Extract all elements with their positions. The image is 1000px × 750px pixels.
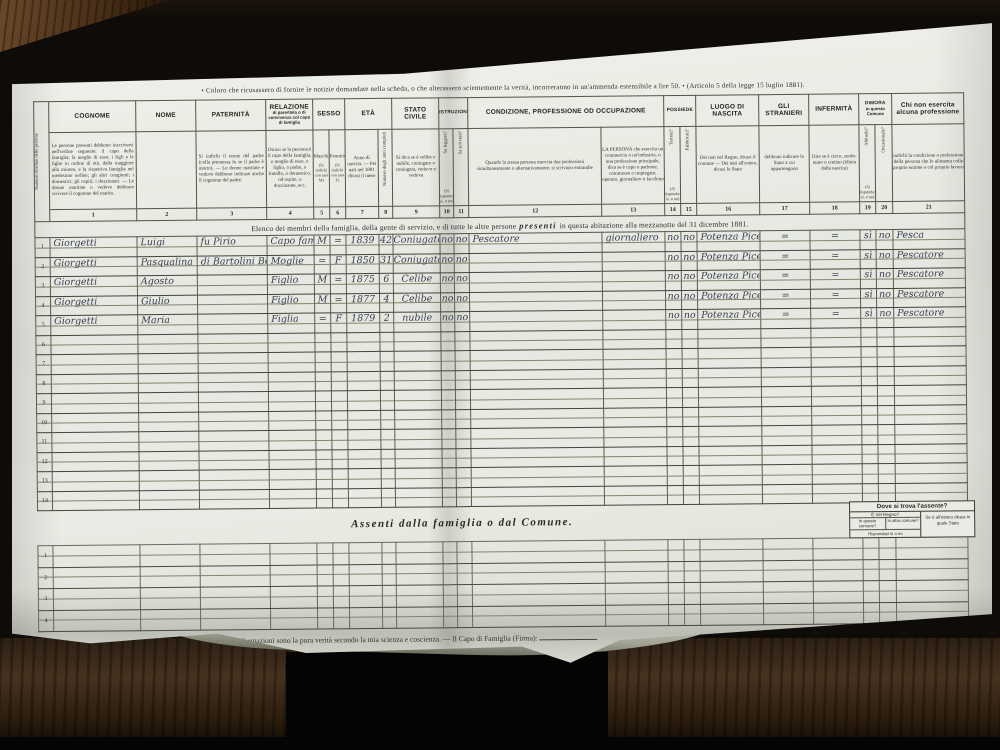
cell-paternita: [198, 352, 268, 372]
cell-nome: [140, 587, 200, 609]
cell-stranieri: =: [760, 230, 810, 250]
cell-anno: [347, 351, 380, 371]
cell-qualita: [605, 540, 668, 562]
desc-fabbricati: Fabbricati?: [680, 126, 697, 203]
absent-box-risponda: Rispondasi sì o no: [850, 530, 920, 538]
cell-m: =: [315, 313, 331, 333]
cell-occasionale: [878, 424, 895, 444]
desc-cognome: Le persone presenti debbono inscriversi …: [49, 132, 137, 210]
cell-fabbricati: [682, 348, 698, 368]
col-cognome: COGNOME: [49, 101, 136, 133]
cell-abituale: [861, 366, 877, 386]
cell-nome: [140, 566, 200, 588]
cell-chi: [894, 346, 966, 366]
cell-paternita: [199, 411, 269, 431]
cell-anno: [347, 390, 380, 410]
cell-anno: 1877: [346, 293, 379, 313]
cell-relazione: [269, 469, 316, 489]
cell-cognome: Giorgetti: [50, 256, 137, 276]
cell-scrive: no: [454, 253, 469, 273]
cell-scrive: no: [454, 273, 469, 293]
cell-stranieri: [761, 386, 811, 406]
cell-anni: [380, 351, 394, 371]
cell-qualita: [604, 427, 667, 447]
cell-relazione: [268, 391, 315, 411]
cell-anni: 2: [380, 312, 394, 332]
cell-nome: [139, 451, 199, 471]
cell-anni: 6: [379, 273, 393, 293]
cell-professione: [472, 562, 605, 585]
cell-stranieri: [762, 464, 812, 484]
colnum: 5: [314, 207, 330, 219]
cell-scrive: no: [454, 234, 469, 254]
cell-anno: [349, 585, 382, 607]
cell-m: [315, 332, 331, 352]
cell-cognome: Giorgetti: [50, 276, 137, 296]
cell-abituale: sì: [861, 288, 877, 308]
cell-f: [331, 352, 347, 372]
cell-stranieri: [761, 328, 811, 348]
cell-legge: [442, 448, 456, 468]
cell-chi: [895, 443, 967, 463]
cell-terreni: [666, 349, 682, 369]
row-number: 4: [39, 610, 54, 632]
cell-professione: [470, 310, 603, 331]
cell-chi: [895, 404, 967, 424]
cell-terreni: no: [665, 271, 681, 291]
cell-infermita: [811, 347, 861, 367]
cell-legge: [441, 370, 455, 390]
cell-anni: 4: [379, 293, 393, 313]
cell-professione: [471, 486, 604, 507]
cell-scrive: [455, 351, 470, 371]
cell-occasionale: [877, 327, 894, 347]
colnum: 16: [697, 203, 760, 216]
cell-fabbricati: [682, 368, 698, 388]
cell-occasionale: [879, 580, 896, 602]
cell-anno: [348, 468, 381, 488]
desc-la-persona: LA PERSONA che esercita un commercio o u…: [601, 127, 665, 205]
cell-fabbricati: [683, 426, 699, 446]
cell-chi: Pescatore: [894, 287, 966, 307]
cell-chi: Pescatore: [894, 307, 966, 327]
cell-relazione: [268, 372, 315, 392]
cell-infermita: [812, 444, 862, 464]
desc-anni-compiuti: Numero degli anni compiuti: [378, 129, 393, 206]
cell-nome: [138, 353, 198, 373]
cell-infermita: [813, 538, 863, 560]
col-relazione: RELAZIONEdi parentela o di convivenza co…: [266, 99, 313, 130]
cell-nome: [138, 373, 198, 393]
cell-infermita: =: [811, 308, 861, 328]
cell-nome: [138, 334, 198, 354]
cell-relazione: Figlia: [268, 313, 315, 333]
cell-scrive: [457, 606, 472, 628]
cell-anni: [381, 468, 395, 488]
cell-stato: [396, 606, 443, 628]
cell-abituale: sì: [861, 308, 877, 328]
cell-infermita: [812, 483, 862, 503]
cell-relazione: Moglie: [267, 255, 314, 275]
absent-rows: 1234: [38, 537, 969, 632]
cell-legge: [442, 468, 456, 488]
cell-chi: [896, 558, 968, 580]
cell-fabbricati: [683, 446, 699, 466]
cell-scrive: [455, 331, 470, 351]
cell-m: [315, 352, 331, 372]
cell-professione: [469, 271, 602, 292]
cell-legge: no: [441, 312, 455, 332]
cell-nascita: Potenza Picena: [697, 270, 760, 290]
cell-nome: [138, 392, 198, 412]
row-number: 1: [35, 238, 50, 258]
row-number: 1: [38, 546, 53, 568]
row-number: 3: [38, 589, 53, 611]
cell-nome: [141, 609, 201, 631]
cell-abituale: [861, 327, 877, 347]
cell-occasionale: [878, 444, 895, 464]
cell-nome: Giulio: [137, 295, 197, 315]
cell-stranieri: [762, 445, 812, 465]
cell-paternita: [197, 274, 267, 294]
form-content: • Coloro che ricusassero di fornire le n…: [28, 79, 983, 647]
cell-legge: no: [440, 234, 454, 254]
cell-qualita: [603, 388, 666, 408]
colnum: 10: [440, 206, 454, 218]
cell-terreni: [668, 604, 684, 626]
cell-anno: 1850: [346, 254, 379, 274]
cell-stranieri: =: [760, 269, 810, 289]
cell-qualita: [602, 271, 665, 291]
cell-abituale: sì: [860, 230, 876, 250]
cell-cognome: [51, 373, 138, 393]
cell-m: [315, 391, 331, 411]
cell-m: [316, 469, 332, 489]
cell-fabbricati: no: [681, 251, 697, 271]
cell-legge: [442, 429, 456, 449]
cell-anno: [349, 607, 382, 629]
cell-chi: [895, 424, 967, 444]
cell-abituale: [863, 581, 879, 603]
cell-nome: [139, 431, 199, 451]
shadow-under-paper: [286, 652, 608, 750]
col-eta: ETÀ: [345, 98, 392, 129]
cell-occasionale: [878, 405, 895, 425]
cell-infermita: [813, 602, 863, 624]
cell-legge: [441, 331, 455, 351]
cell-cognome: [52, 432, 139, 452]
cell-anni: [382, 564, 396, 586]
cell-relazione: Figlio: [267, 294, 314, 314]
cell-occasionale: [877, 366, 894, 386]
cell-cognome: [51, 354, 138, 374]
cell-infermita: [812, 405, 862, 425]
colnum: 21: [893, 201, 965, 214]
cell-terreni: [666, 388, 682, 408]
col-istruzione: ISTRUZIONE: [439, 98, 468, 129]
cell-qualita: giornaliero: [602, 232, 665, 252]
cell-anno: 1839: [346, 234, 379, 254]
cell-fabbricati: [684, 561, 700, 583]
cell-terreni: [667, 466, 683, 486]
absent-table: 1234: [37, 536, 969, 632]
cell-occasionale: [878, 483, 895, 503]
cell-scrive: [456, 448, 471, 468]
cell-qualita: [602, 251, 665, 271]
cell-nome: [139, 490, 199, 510]
cell-relazione: [269, 430, 316, 450]
cell-stato: [395, 409, 442, 429]
cell-stranieri: [762, 484, 812, 504]
cell-stranieri: =: [760, 250, 810, 270]
desc-paternita: Si indichi il nome del padre (colla prem…: [196, 131, 267, 209]
cell-nascita: [699, 445, 762, 465]
desc-due-professioni: Quando la stessa persona esercita due pr…: [468, 127, 602, 205]
cell-occasionale: [877, 346, 894, 366]
cell-scrive: [455, 370, 470, 390]
row-number: 12: [37, 452, 52, 472]
desc-dimora-abituale: Abituale?(Si risponda: sì, o no): [859, 125, 876, 202]
colnum: 3: [197, 208, 267, 221]
colnum: 14: [665, 204, 681, 216]
col-condizione: CONDIZIONE, PROFESSIONE OD OCCUPAZIONE: [468, 96, 664, 129]
photo-bottom-edge: [0, 737, 1000, 750]
desc-luogo-nascita: Dei nati nel Regno, dicasi il comune — D…: [696, 126, 760, 204]
row-number: 11: [37, 433, 52, 453]
cell-infermita: [811, 327, 861, 347]
cell-cognome: [53, 545, 140, 567]
cell-scrive: [456, 487, 471, 507]
cell-abituale: [863, 559, 879, 581]
cell-m: [315, 371, 331, 391]
cell-anni: 42: [379, 234, 393, 254]
cell-professione: [471, 447, 604, 468]
col-chi-non-esercita: Chi non esercita alcuna professione: [892, 93, 964, 125]
cell-paternita: [199, 430, 269, 450]
cell-nascita: [698, 367, 761, 387]
cell-abituale: [863, 538, 879, 560]
cell-professione: [470, 349, 603, 370]
cell-legge: [443, 542, 457, 564]
colnum: 6: [330, 207, 346, 219]
cell-m: M: [314, 274, 330, 294]
cell-nascita: [699, 406, 762, 426]
cell-f: [331, 371, 347, 391]
cell-stranieri: [763, 603, 813, 625]
cell-abituale: [861, 386, 877, 406]
cell-m: [316, 430, 332, 450]
cell-occasionale: [877, 385, 894, 405]
cell-infermita: =: [810, 230, 860, 250]
cell-occasionale: [879, 537, 896, 559]
cell-anni: [381, 429, 395, 449]
cell-paternita: [199, 489, 269, 509]
cell-nascita: Potenza Picena: [697, 231, 760, 251]
cell-scrive: [457, 585, 472, 607]
cell-paternita: di Bartolini Bened.o: [197, 255, 267, 275]
colnum: 13: [602, 204, 665, 217]
cell-relazione: Capo famiglia: [267, 235, 314, 255]
col-sesso: SESSO: [313, 99, 345, 130]
desc-sa-scrivere: Sa scrivere?: [453, 129, 469, 206]
cell-anno: 1879: [347, 312, 380, 332]
wood-corner: [0, 0, 170, 52]
colnum: 20: [876, 201, 893, 213]
cell-stato: [395, 487, 442, 507]
colnum: 7: [346, 206, 379, 218]
cell-f: [332, 430, 348, 450]
cell-nome: Maria: [138, 314, 198, 334]
colnum: 8: [379, 206, 393, 218]
cell-f: =: [330, 293, 346, 313]
row-number: 2: [38, 567, 53, 589]
cell-qualita: [605, 583, 668, 605]
cell-relazione: [269, 489, 316, 509]
cell-nascita: Potenza Picena: [697, 250, 760, 270]
absent-heading: Assenti dalla famiglia o dal Comune.: [37, 513, 887, 533]
cell-nascita: [700, 582, 763, 604]
cell-chi: [894, 385, 966, 405]
cell-stranieri: [762, 406, 812, 426]
cell-f: =: [330, 274, 346, 294]
cell-professione: [470, 388, 603, 409]
cell-scrive: [456, 409, 471, 429]
cell-qualita: [603, 329, 666, 349]
cell-stato: Celibe: [393, 292, 440, 312]
cell-infermita: =: [810, 269, 860, 289]
cell-cognome: [52, 451, 139, 471]
cell-terreni: [668, 583, 684, 605]
cell-professione: [472, 605, 605, 628]
cell-nascita: [700, 539, 763, 561]
desc-maschile: Maschile(Si indichi con una M): [313, 130, 330, 207]
cell-m: [316, 410, 332, 430]
cell-fabbricati: [682, 329, 698, 349]
col-stranieri: GLI STRANIERI: [759, 94, 809, 125]
cell-cognome: [51, 393, 138, 413]
cell-stato: nubile: [394, 312, 441, 332]
row-number: 2: [35, 257, 50, 277]
colnum: 19: [860, 202, 876, 214]
cell-anni: [380, 390, 394, 410]
cell-anno: [347, 371, 380, 391]
cell-cognome: Giorgetti: [51, 315, 138, 335]
cell-chi: Pescatore: [893, 248, 965, 268]
cell-f: [331, 332, 347, 352]
cell-anno: 1875: [346, 273, 379, 293]
cell-legge: [443, 606, 457, 628]
cell-stranieri: [762, 425, 812, 445]
cell-m: [317, 543, 333, 565]
row-number: 8: [36, 374, 51, 394]
cell-anni: [381, 449, 395, 469]
cell-scrive: [457, 542, 472, 564]
cell-anni: [381, 488, 395, 508]
header-descriptions: Le persone presenti debbono inscriversi …: [34, 124, 965, 210]
desc-terreni: Terreni?(Si risponda: sì, o no): [664, 127, 681, 204]
cell-nome: Agosto: [137, 275, 197, 295]
cell-fabbricati: [683, 485, 699, 505]
cell-abituale: sì: [860, 249, 876, 269]
cell-infermita: =: [811, 288, 861, 308]
cell-infermita: [813, 581, 863, 603]
cell-terreni: [667, 446, 683, 466]
cell-chi: [896, 580, 968, 602]
cell-f: [332, 488, 348, 508]
row-number: 3: [35, 277, 50, 297]
cell-qualita: [605, 561, 668, 583]
cell-stato: [395, 448, 442, 468]
cell-anno: [348, 429, 381, 449]
cell-terreni: [668, 540, 684, 562]
cell-paternita: fu Pirio: [197, 236, 267, 256]
cell-abituale: [863, 602, 879, 624]
cell-stato: [395, 468, 442, 488]
cell-legge: no: [440, 292, 454, 312]
cell-fabbricati: no: [681, 270, 697, 290]
cell-stranieri: [761, 347, 811, 367]
cell-scrive: [456, 468, 471, 488]
cell-fabbricati: no: [681, 290, 697, 310]
cell-relazione: [268, 333, 315, 353]
cell-anno: [348, 410, 381, 430]
cell-relazione: [270, 565, 317, 587]
cell-chi: [895, 463, 967, 483]
row-number: 14: [37, 491, 52, 511]
cell-stato: [395, 429, 442, 449]
cell-anni: [380, 332, 394, 352]
cell-nome: [140, 544, 200, 566]
cell-infermita: [812, 464, 862, 484]
absent-box-questo-comune: In questo comune?: [850, 518, 885, 530]
cell-nascita: [700, 560, 763, 582]
cell-paternita: [200, 565, 270, 587]
cell-relazione: [271, 608, 318, 630]
cell-m: [316, 449, 332, 469]
cell-infermita: [811, 386, 861, 406]
cell-relazione: [269, 450, 316, 470]
cell-nascita: Potenza Picena: [698, 289, 761, 309]
cell-paternita: [198, 391, 268, 411]
absent-location-box: Dove si trova l'assente? È nel Regno? In…: [849, 500, 975, 538]
cell-legge: [443, 585, 457, 607]
cell-occasionale: no: [876, 268, 893, 288]
cell-f: [332, 469, 348, 489]
cell-legge: [442, 409, 456, 429]
cell-chi: [896, 601, 968, 623]
cell-fabbricati: [683, 407, 699, 427]
cell-nascita: [699, 484, 762, 504]
cell-paternita: [198, 372, 268, 392]
cell-qualita: [603, 310, 666, 330]
cell-anno: [347, 332, 380, 352]
cell-anni: 31: [379, 254, 393, 274]
cell-anni: [382, 542, 396, 564]
cell-chi: Pescatore: [893, 268, 965, 288]
col-possiede: POSSIEDE: [664, 95, 696, 126]
colnum: 9: [393, 206, 440, 218]
desc-nome: [136, 131, 197, 209]
desc-sa-leggere: Sa leggere?(Si risponda: sì, o no): [439, 129, 454, 206]
cell-f: F: [330, 254, 346, 274]
row-number: 9: [36, 394, 51, 414]
cell-qualita: [603, 368, 666, 388]
cell-cognome: [51, 334, 138, 354]
ordinal-column-header: Numero d'ordine delle persone: [34, 102, 50, 222]
cell-cognome: [54, 609, 141, 631]
cell-fabbricati: no: [682, 309, 698, 329]
cell-anno: [348, 449, 381, 469]
